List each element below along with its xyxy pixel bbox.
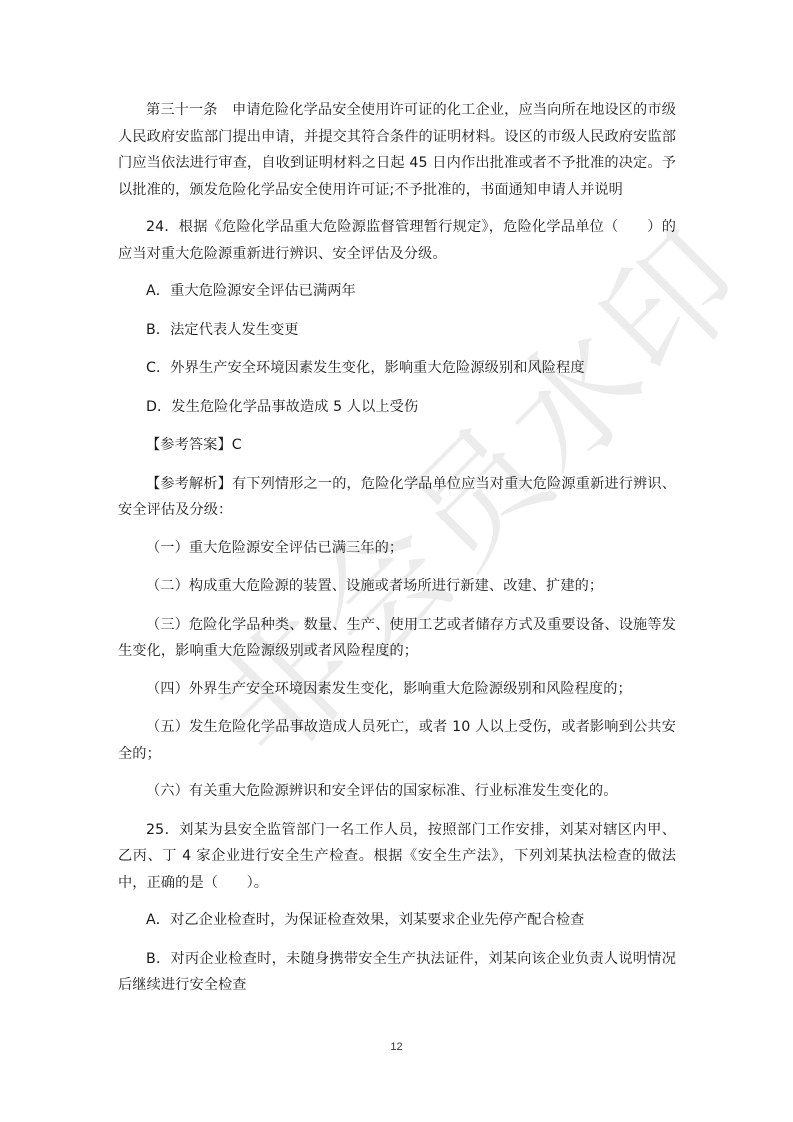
question-25-stem: 25．刘某为县安全监管部门一名工作人员，按照部门工作安排，刘某对辖区内甲、乙丙、… — [118, 817, 676, 897]
question-24-option-b: B．法定代表人发生变更 — [118, 317, 676, 344]
page-number: 12 — [0, 1041, 793, 1053]
question-24-explanation: 【参考解析】有下列情形之一的，危险化学品单位应当对重大危险源重新进行辨识、安全评… — [118, 471, 676, 524]
explanation-item-5: （五）发生危险化学品事故造成人员死亡，或者 10 人以上受伤，或者影响到公共安全… — [118, 714, 676, 767]
question-24-stem: 24．根据《危险化学品重大危险源监督管理暂行规定》，危险化学品单位（ ）的应当对… — [118, 214, 676, 267]
question-24-option-a: A．重大危险源安全评估已满两年 — [118, 278, 676, 305]
question-25-option-b: B．对丙企业检查时，未随身携带安全生产执法证件，刘某向该企业负责人说明情况后继续… — [118, 946, 676, 999]
explanation-item-4: （四）外界生产安全环境因素发生变化，影响重大危险源级别和风险程度的； — [118, 676, 676, 703]
question-24-option-d: D．发生危险化学品事故造成 5 人以上受伤 — [118, 394, 676, 421]
explanation-item-6: （六）有关重大危险源辨识和安全评估的国家标准、行业标准发生变化的。 — [118, 778, 676, 805]
explanation-item-3: （三）危险化学品种类、数量、生产、使用工艺或者储存方式及重要设备、设施等发生变化… — [118, 612, 676, 665]
question-25-option-a: A．对乙企业检查时，为保证检查效果，刘某要求企业先停产配合检查 — [118, 907, 676, 934]
question-24-option-c: C．外界生产安全环境因素发生变化，影响重大危险源级别和风险程度 — [118, 355, 676, 382]
document-page: 非会员水印 第三十一条 申请危险化学品安全使用许可证的化工企业，应当向所在地设区… — [0, 0, 793, 1122]
article-31-paragraph: 第三十一条 申请危险化学品安全使用许可证的化工企业，应当向所在地设区的市级人民政… — [118, 97, 676, 203]
explanation-item-2: （二）构成重大危险源的装置、设施或者场所进行新建、改建、扩建的； — [118, 573, 676, 600]
page-body: 第三十一条 申请危险化学品安全使用许可证的化工企业，应当向所在地设区的市级人民政… — [118, 97, 676, 1010]
explanation-item-1: （一）重大危险源安全评估已满三年的； — [118, 535, 676, 562]
question-24-answer: 【参考答案】C — [118, 432, 676, 459]
